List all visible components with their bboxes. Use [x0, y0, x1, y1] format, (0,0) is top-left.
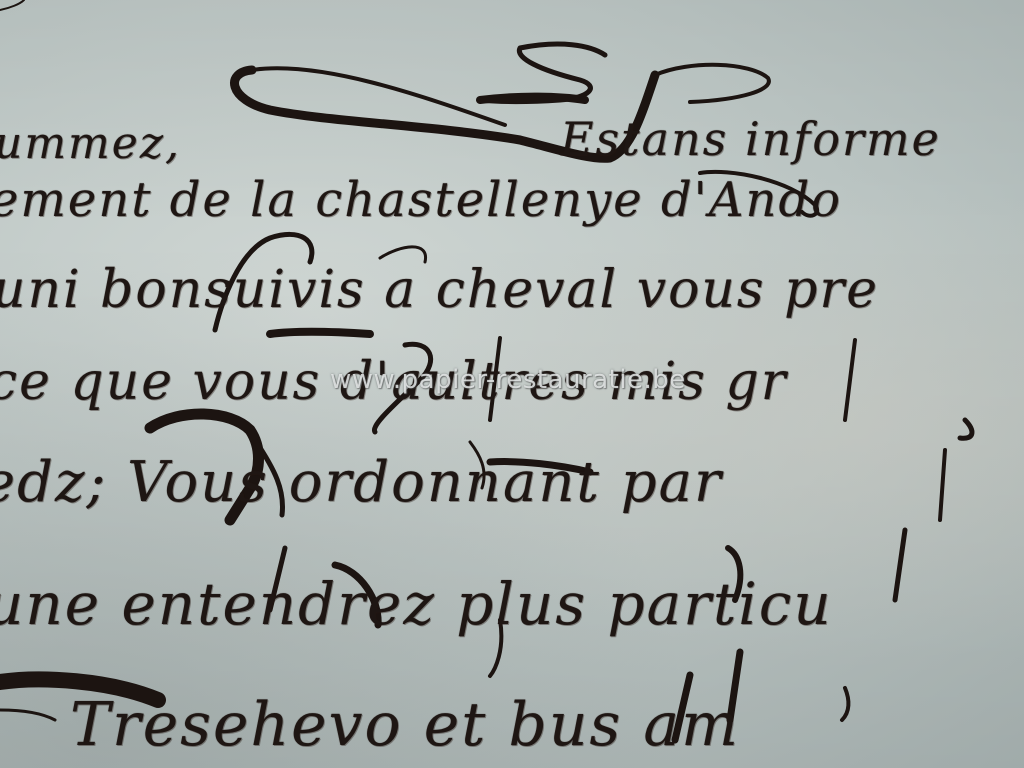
manuscript-line-6: une entendrez plus particu	[0, 570, 833, 638]
manuscript-line-3: uni bonsuivis a cheval vous pre	[0, 260, 879, 320]
manuscript-line-7: Tresehevo et bus am	[70, 690, 740, 760]
manuscript-photo: ummez, Estans informe ement de la chaste…	[0, 0, 1024, 768]
manuscript-line-1-left: ummez,	[0, 118, 181, 169]
watermark-text: www.papier-restauratie.be	[330, 365, 686, 395]
manuscript-line-2: ement de la chastellenye d'Ando	[0, 172, 842, 228]
manuscript-line-1-right: Estans informe	[560, 112, 941, 166]
manuscript-line-5: edz; Vous ordonnant par	[0, 450, 723, 515]
